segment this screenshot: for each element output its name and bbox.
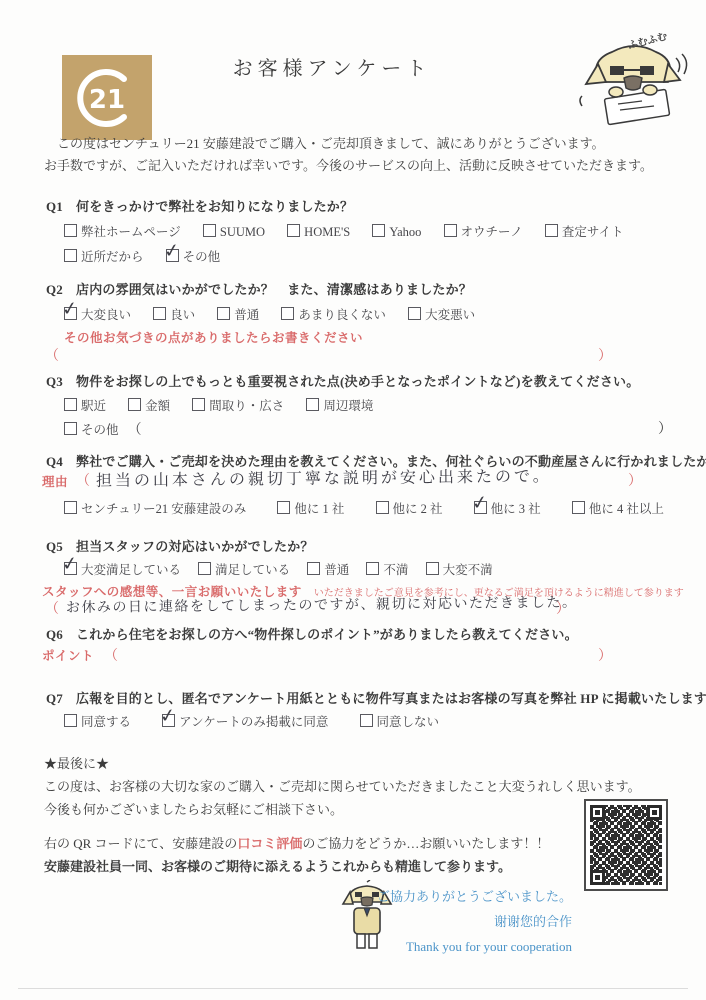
q6-number: Q6 (46, 627, 76, 643)
checkbox-option-neutral[interactable]: 普通 (307, 562, 349, 579)
q6-answer-open-paren: （ (104, 648, 118, 666)
checkbox-icon[interactable] (372, 224, 385, 237)
q4-number: Q4 (46, 454, 76, 470)
qr-finder-icon (590, 870, 605, 885)
q3-options-row1: 駅近 金額 間取り・広さ 周辺環境 (64, 398, 392, 415)
checkbox-icon[interactable] (281, 307, 294, 320)
qr-request-highlight: 口コミ評価 (237, 836, 302, 851)
q2-options-row: 大変良い 良い 普通 あまり良くない 大変悪い (64, 307, 494, 324)
q3-options-row2: その他 （ (64, 422, 142, 440)
q2-answer-close-paren: ） (598, 348, 612, 366)
checkbox-option-homes[interactable]: HOME'S (287, 224, 350, 241)
q5-options-row: 大変満足している 満足している 普通 不満 大変不満 (64, 562, 512, 579)
q4-text: 弊社でご購入・ご売却を決めた理由を教えてください。また、何社ぐらいの不動産屋さん… (76, 454, 706, 469)
checkbox-option-4plus-others[interactable]: 他に 4 社以上 (572, 501, 664, 518)
checkbox-icon[interactable] (360, 714, 373, 727)
survey-page: 21 お客様アンケート ふむふむ この度はセンチュリー21 安藤建設でご購入・ご… (0, 0, 706, 1000)
thanks-english: Thank you for your cooperation (250, 934, 572, 959)
q4-reason-label: 理由 (42, 475, 68, 491)
checkbox-option-q3-other[interactable]: その他 (64, 422, 119, 439)
century21-logo: 21 (62, 55, 152, 140)
checkbox-icon[interactable] (64, 501, 77, 514)
q6-answer-close-paren: ） (598, 648, 612, 666)
q4-reason-answer-field[interactable]: 担当の山本さんの親切丁寧な説明が安心出来たので。 (96, 466, 552, 491)
checkbox-option-very-bad[interactable]: 大変悪い (408, 307, 475, 324)
svg-text:21: 21 (89, 85, 125, 115)
checkbox-option-not-good[interactable]: あまり良くない (281, 307, 386, 324)
checkbox-option-yahoo[interactable]: Yahoo (372, 224, 421, 241)
q2-number: Q2 (46, 282, 76, 298)
thanks-japanese: ご協力ありがとうございました。 (250, 884, 572, 909)
checkbox-icon[interactable] (192, 398, 205, 411)
thanks-chinese: 谢谢您的合作 (250, 909, 572, 934)
q3-text: 物件をお探しの上でもっとも重要視された点(決め手となったポイントなど)を教えてく… (76, 374, 639, 389)
checkbox-option-3-others[interactable]: 他に 3 社 (474, 501, 541, 518)
closing-heading: ★最後に★ (44, 756, 109, 772)
q1-heading: Q1何をきっかけで弊社をお知りになりましたか？ (46, 199, 353, 215)
qr-request-pre: 右の QR コードにて、安藤建設の (44, 836, 237, 851)
checkbox-icon[interactable] (64, 224, 77, 237)
qr-finder-icon (647, 805, 662, 820)
checkbox-icon[interactable] (306, 398, 319, 411)
q3-number: Q3 (46, 374, 76, 390)
checkbox-option-good[interactable]: 良い (153, 307, 195, 324)
thanks-block: ご協力ありがとうございました。 谢谢您的合作 Thank you for you… (250, 884, 572, 959)
q2-text: 店内の雰囲気はいかがでしたか？ また、清潔感はありましたか？ (76, 282, 472, 297)
checkbox-option-c21-only[interactable]: センチュリー21 安藤建設のみ (64, 501, 246, 518)
checkbox-icon[interactable] (545, 224, 558, 237)
checkbox-icon[interactable] (64, 249, 77, 262)
q1-number: Q1 (46, 199, 76, 215)
q6-heading: Q6これから住宅をお探しの方へ“物件探しのポイント”がありましたら教えてください… (46, 627, 578, 643)
q2-answer-open-paren: （ (45, 348, 59, 366)
checkbox-icon[interactable] (198, 562, 211, 575)
checkbox-option-layout[interactable]: 間取り・広さ (192, 398, 284, 415)
checkbox-option-other[interactable]: その他 (166, 249, 221, 266)
q1-options-row2: 近所だから その他 (64, 249, 239, 266)
checkbox-icon[interactable] (426, 562, 439, 575)
q5-heading: Q5担当スタッフの対応はいかがでしたか？ (46, 539, 314, 555)
checkbox-icon[interactable] (217, 307, 230, 320)
checkbox-icon[interactable] (64, 398, 77, 411)
checkbox-icon[interactable] (307, 562, 320, 575)
checkbox-icon[interactable] (474, 501, 487, 514)
checkbox-icon[interactable] (408, 307, 421, 320)
checkbox-option-1-other[interactable]: 他に 1 社 (277, 501, 344, 518)
q7-heading: Q7広報を目的とし、匿名でアンケート用紙とともに物件写真またはお客様の写真を弊社… (46, 691, 706, 707)
checkbox-option-very-satisfied[interactable]: 大変満足している (64, 562, 181, 579)
checkbox-icon[interactable] (64, 562, 77, 575)
intro-line-1: この度はセンチュリー21 安藤建設でご購入・ご売却頂きまして、誠にありがとうござ… (44, 136, 605, 152)
q5-comment-close-paren: ） (556, 601, 570, 619)
checkbox-option-2-others[interactable]: 他に 2 社 (376, 501, 443, 518)
q5-note: スタッフへの感想等、一言お願いいたします (42, 585, 302, 599)
qr-finder-icon (590, 805, 605, 820)
checkbox-icon[interactable] (376, 501, 389, 514)
checkbox-icon[interactable] (162, 714, 175, 727)
q6-text: これから住宅をお探しの方へ“物件探しのポイント”がありましたら教えてください。 (76, 627, 578, 642)
q4-reason-close-paren: ） (628, 473, 642, 491)
q3-other-close-paren: ） (658, 421, 672, 439)
checkbox-option-homepage[interactable]: 弊社ホームページ (64, 224, 181, 241)
checkbox-icon[interactable] (166, 249, 179, 262)
qr-request-line: 右の QR コードにて、安藤建設の口コミ評価のご協力をどうか…お願いいたします！… (44, 836, 549, 852)
checkbox-icon[interactable] (64, 422, 77, 435)
checkbox-option-disagree[interactable]: 同意しない (360, 714, 440, 731)
checkbox-icon[interactable] (366, 562, 379, 575)
checkbox-option-ouchino[interactable]: オウチーノ (444, 224, 523, 241)
checkbox-option-suumo[interactable]: SUUMO (203, 224, 265, 241)
checkbox-option-very-dissatisfied[interactable]: 大変不満 (426, 562, 493, 579)
closing-line-2: 今後も何かございましたらお気軽にご相談下さい。 (44, 802, 343, 818)
checkbox-icon[interactable] (444, 224, 457, 237)
q3-other-open-paren: （ (128, 423, 142, 438)
q5-text: 担当スタッフの対応はいかがでしたか？ (76, 539, 314, 554)
checkbox-option-price[interactable]: 金額 (128, 398, 170, 415)
q7-number: Q7 (46, 691, 76, 707)
checkbox-icon[interactable] (203, 224, 216, 237)
checkbox-option-survey-only[interactable]: アンケートのみ掲載に同意 (162, 714, 328, 731)
checkbox-option-satei-site[interactable]: 査定サイト (545, 224, 624, 241)
checkbox-option-dissatisfied[interactable]: 不満 (366, 562, 408, 579)
scan-edge-line (18, 988, 688, 989)
checkbox-option-station[interactable]: 駅近 (64, 398, 106, 415)
qr-pattern (590, 805, 662, 885)
q7-options-row: 同意する アンケートのみ掲載に同意 同意しない (64, 714, 458, 731)
checkbox-icon[interactable] (128, 398, 141, 411)
closing-line-1: この度は、お客様の大切な家のご購入・ご売却に関らせていただきましたこと大変うれし… (44, 779, 641, 795)
checkbox-icon[interactable] (277, 501, 290, 514)
page-title: お客様アンケート (172, 57, 492, 82)
q1-options-row1: 弊社ホームページ SUUMO HOME'S Yahoo オウチーノ 査定サイト (64, 224, 643, 241)
closing-pledge: 安藤建設社員一同、お客様のご期待に添えるようこれからも精進して参ります。 (44, 859, 511, 875)
checkbox-icon[interactable] (287, 224, 300, 237)
checkbox-option-environment[interactable]: 周辺環境 (306, 398, 373, 415)
checkbox-icon[interactable] (572, 501, 585, 514)
checkbox-option-very-good[interactable]: 大変良い (64, 307, 131, 324)
checkbox-option-agree[interactable]: 同意する (64, 714, 131, 731)
checkbox-icon[interactable] (153, 307, 166, 320)
c21-logo-mark: 21 (74, 65, 140, 131)
qr-request-post: のご協力をどうか…お願いいたします！！ (302, 836, 549, 851)
checkbox-option-normal[interactable]: 普通 (217, 307, 259, 324)
checkbox-icon[interactable] (64, 714, 77, 727)
q4-reason-open-paren: （ (76, 473, 90, 491)
q5-comment-open-paren: （ (45, 601, 59, 619)
q1-text: 何をきっかけで弊社をお知りになりましたか？ (76, 199, 353, 214)
intro-line-2: お手数ですが、ご記入いただければ幸いです。今後のサービスの向上、活動に反映させて… (44, 158, 653, 174)
checkbox-option-neighborhood[interactable]: 近所だから (64, 249, 144, 266)
q6-point-label: ポイント (42, 649, 94, 665)
q2-heading: Q2店内の雰囲気はいかがでしたか？ また、清潔感はありましたか？ (46, 282, 472, 298)
qr-code (584, 799, 668, 891)
q4-options-row: センチュリー21 安藤建設のみ 他に 1 社 他に 2 社 他に 3 社 他に … (64, 501, 692, 518)
checkbox-icon[interactable] (64, 307, 77, 320)
q2-note: その他お気づきの点がありましたらお書きください (64, 331, 363, 347)
q3-heading: Q3物件をお探しの上でもっとも重要視された点(決め手となったポイントなど)を教え… (46, 374, 639, 390)
checkbox-option-satisfied[interactable]: 満足している (198, 562, 290, 579)
